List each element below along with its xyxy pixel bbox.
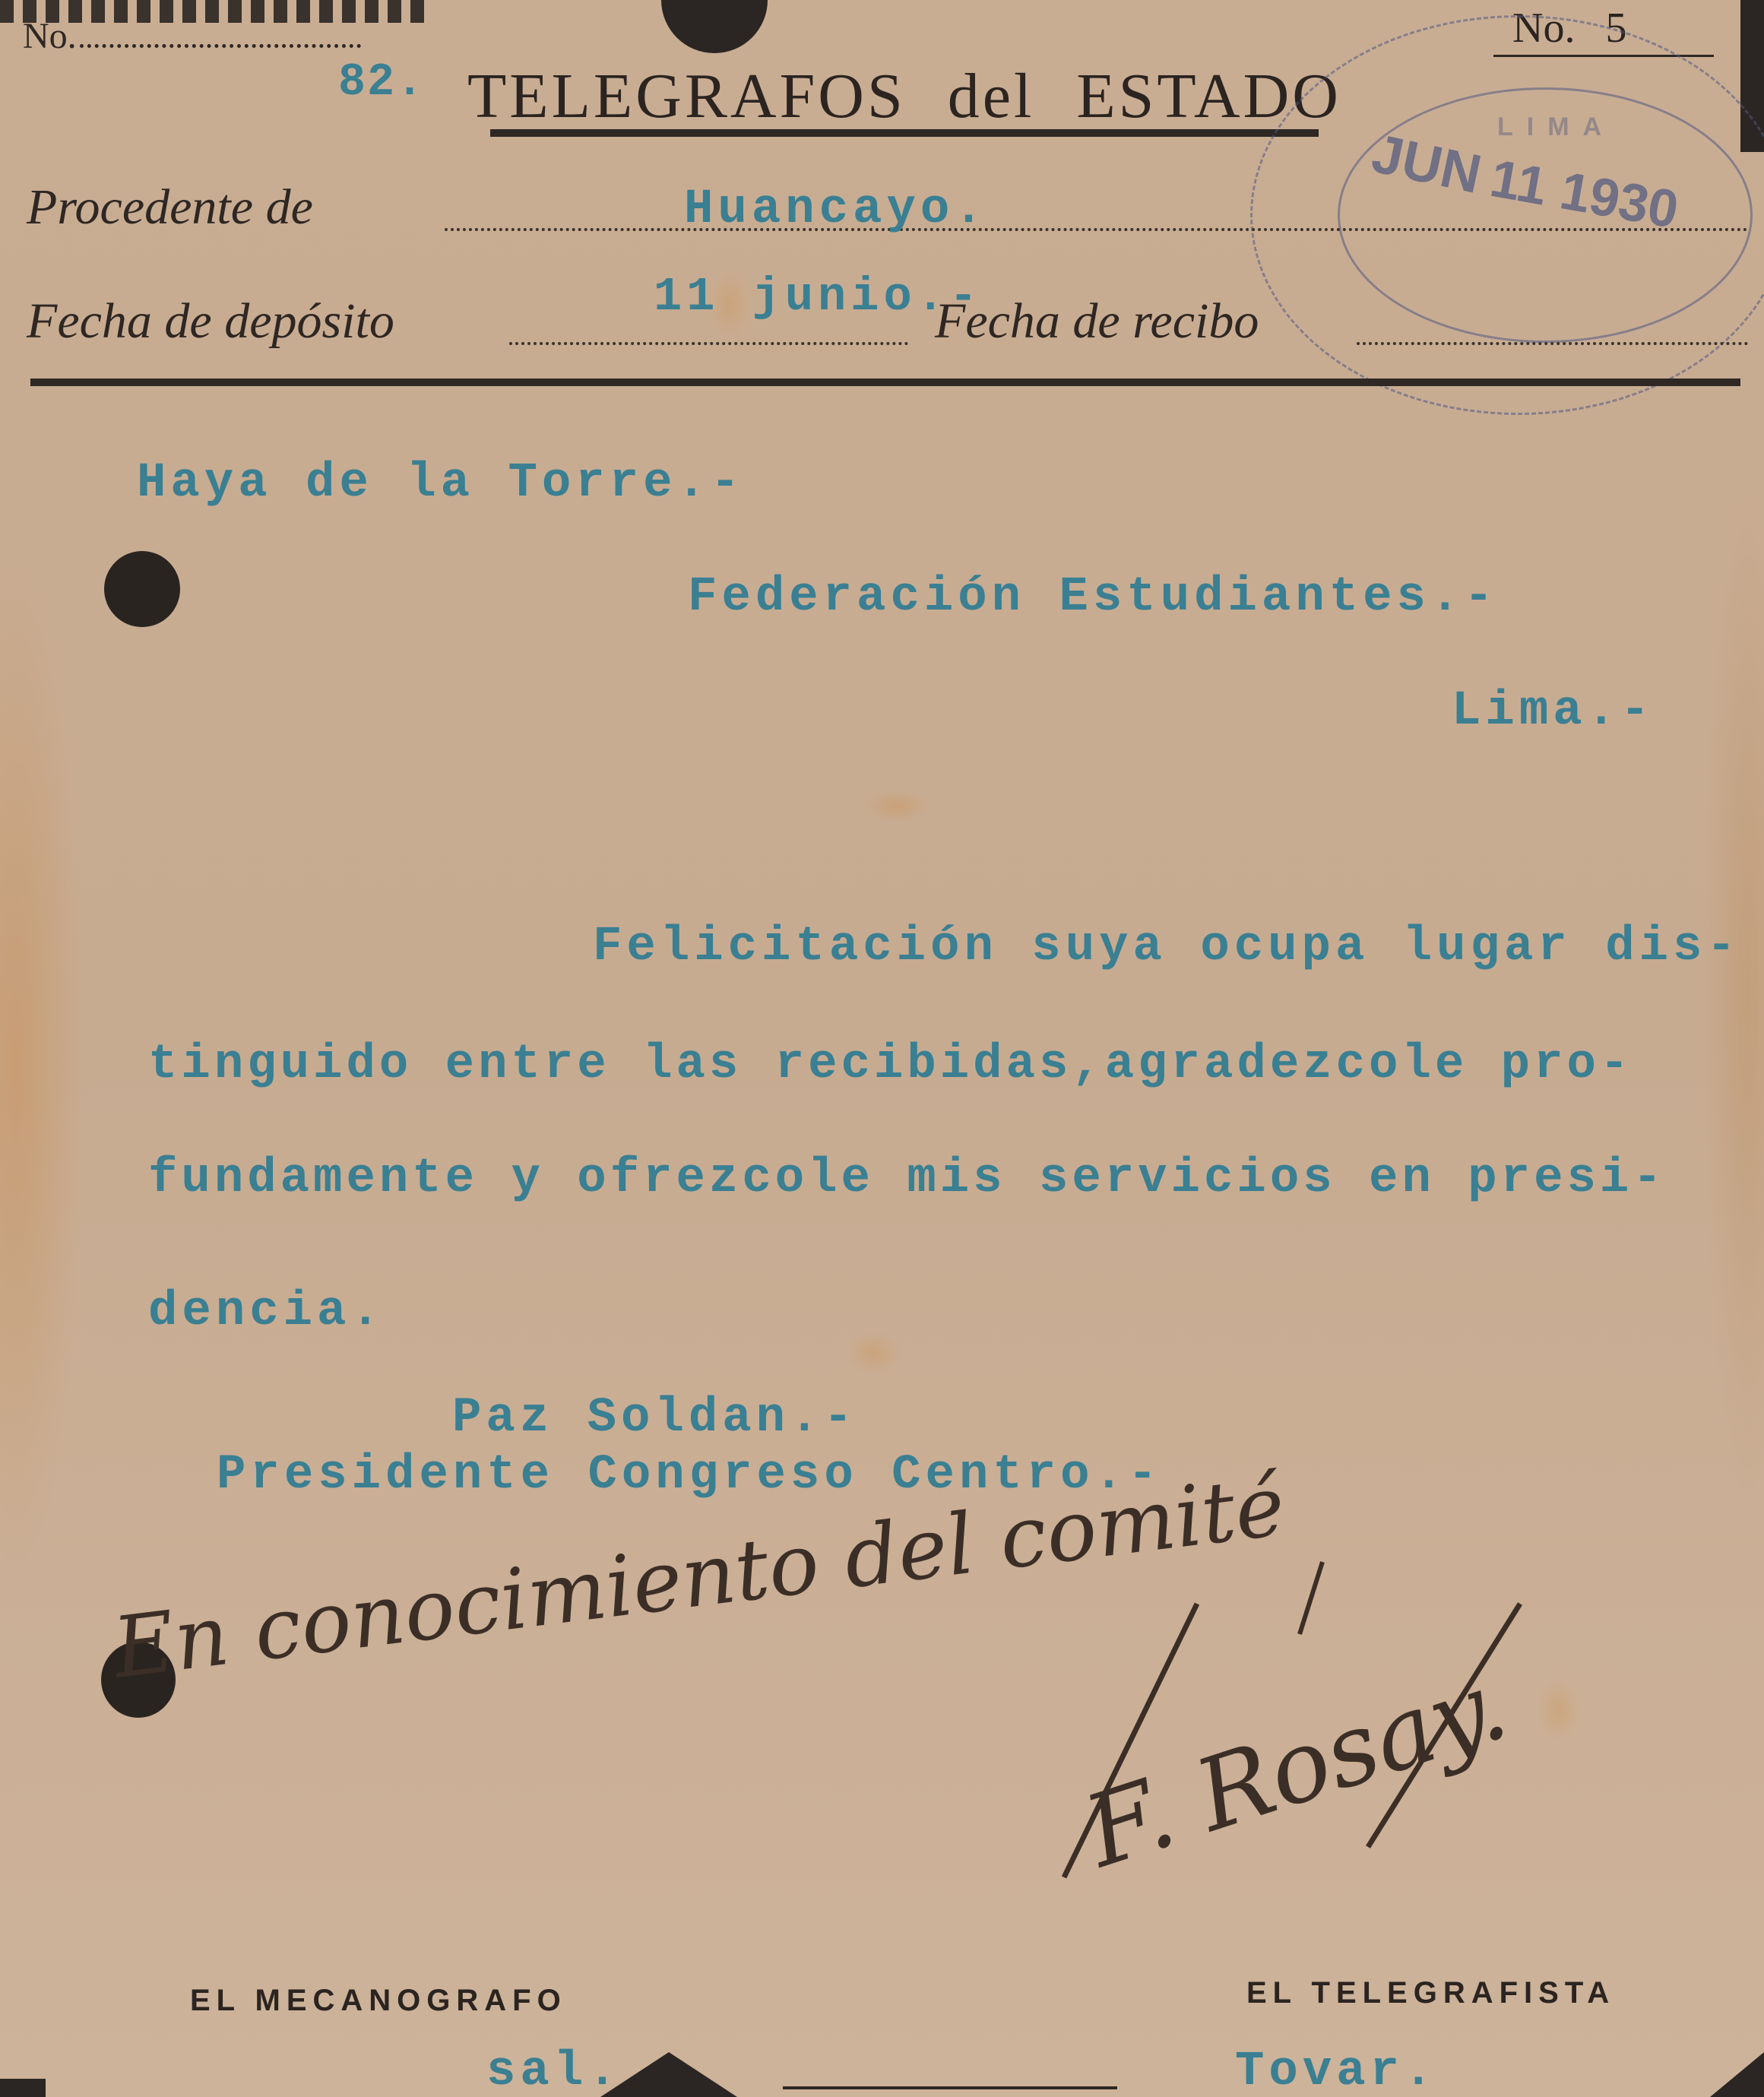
message-line-4: dencia. bbox=[148, 1284, 385, 1339]
form-number-label: No. bbox=[23, 16, 77, 56]
signature-flourish bbox=[1049, 1535, 1535, 1900]
deposit-date-label: Fecha de depósito bbox=[27, 293, 394, 350]
postmark-city: LIMA bbox=[1497, 112, 1615, 142]
deposit-date-dotted-line bbox=[509, 342, 908, 345]
page-title: TELEGRAFOS del ESTADO bbox=[467, 59, 1341, 133]
bottom-left-tear bbox=[0, 2079, 46, 2097]
origin-label: Procedente de bbox=[27, 179, 313, 236]
typist-value: sal. bbox=[486, 2045, 622, 2097]
addressee-name: Haya de la Torre.- bbox=[137, 456, 744, 511]
receipt-date-dotted-line bbox=[1357, 342, 1748, 345]
message-line-1: Felicitación suya ocupa lugar dis- bbox=[593, 920, 1740, 974]
title-underline bbox=[490, 129, 1319, 137]
message-line-2: tinguido entre las recibidas,agradezcole… bbox=[148, 1037, 1633, 1092]
title-word-del: del bbox=[948, 61, 1035, 131]
typist-signature-line bbox=[783, 2086, 1117, 2089]
punch-hole-top bbox=[104, 551, 180, 627]
message-line-3: fundamente y ofrezcole mis servicios en … bbox=[148, 1151, 1666, 1206]
form-number-dots bbox=[80, 44, 361, 48]
title-word-telegrafos: TELEGRAFOS bbox=[467, 61, 906, 131]
header-divider bbox=[30, 379, 1740, 386]
telegraphist-label: EL TELEGRAFISTA bbox=[1246, 1976, 1615, 2010]
origin-value: Huancayo. bbox=[684, 182, 988, 237]
telegraphist-value: Tovar. bbox=[1235, 2045, 1437, 2097]
addressee-organization: Federación Estudiantes.- bbox=[688, 570, 1498, 625]
origin-dotted-line bbox=[445, 228, 1748, 231]
addressee-city: Lima.- bbox=[1452, 684, 1654, 739]
telegram-sequence-number: 82. bbox=[338, 57, 425, 109]
sender-name: Paz Soldan.- bbox=[452, 1391, 857, 1446]
deposit-date-value: 11 junio.- bbox=[654, 270, 982, 324]
receipt-date-label: Fecha de recibo bbox=[935, 293, 1259, 350]
form-number: No. bbox=[23, 15, 361, 57]
typist-label: EL MECANOGRAFO bbox=[190, 1984, 567, 2018]
